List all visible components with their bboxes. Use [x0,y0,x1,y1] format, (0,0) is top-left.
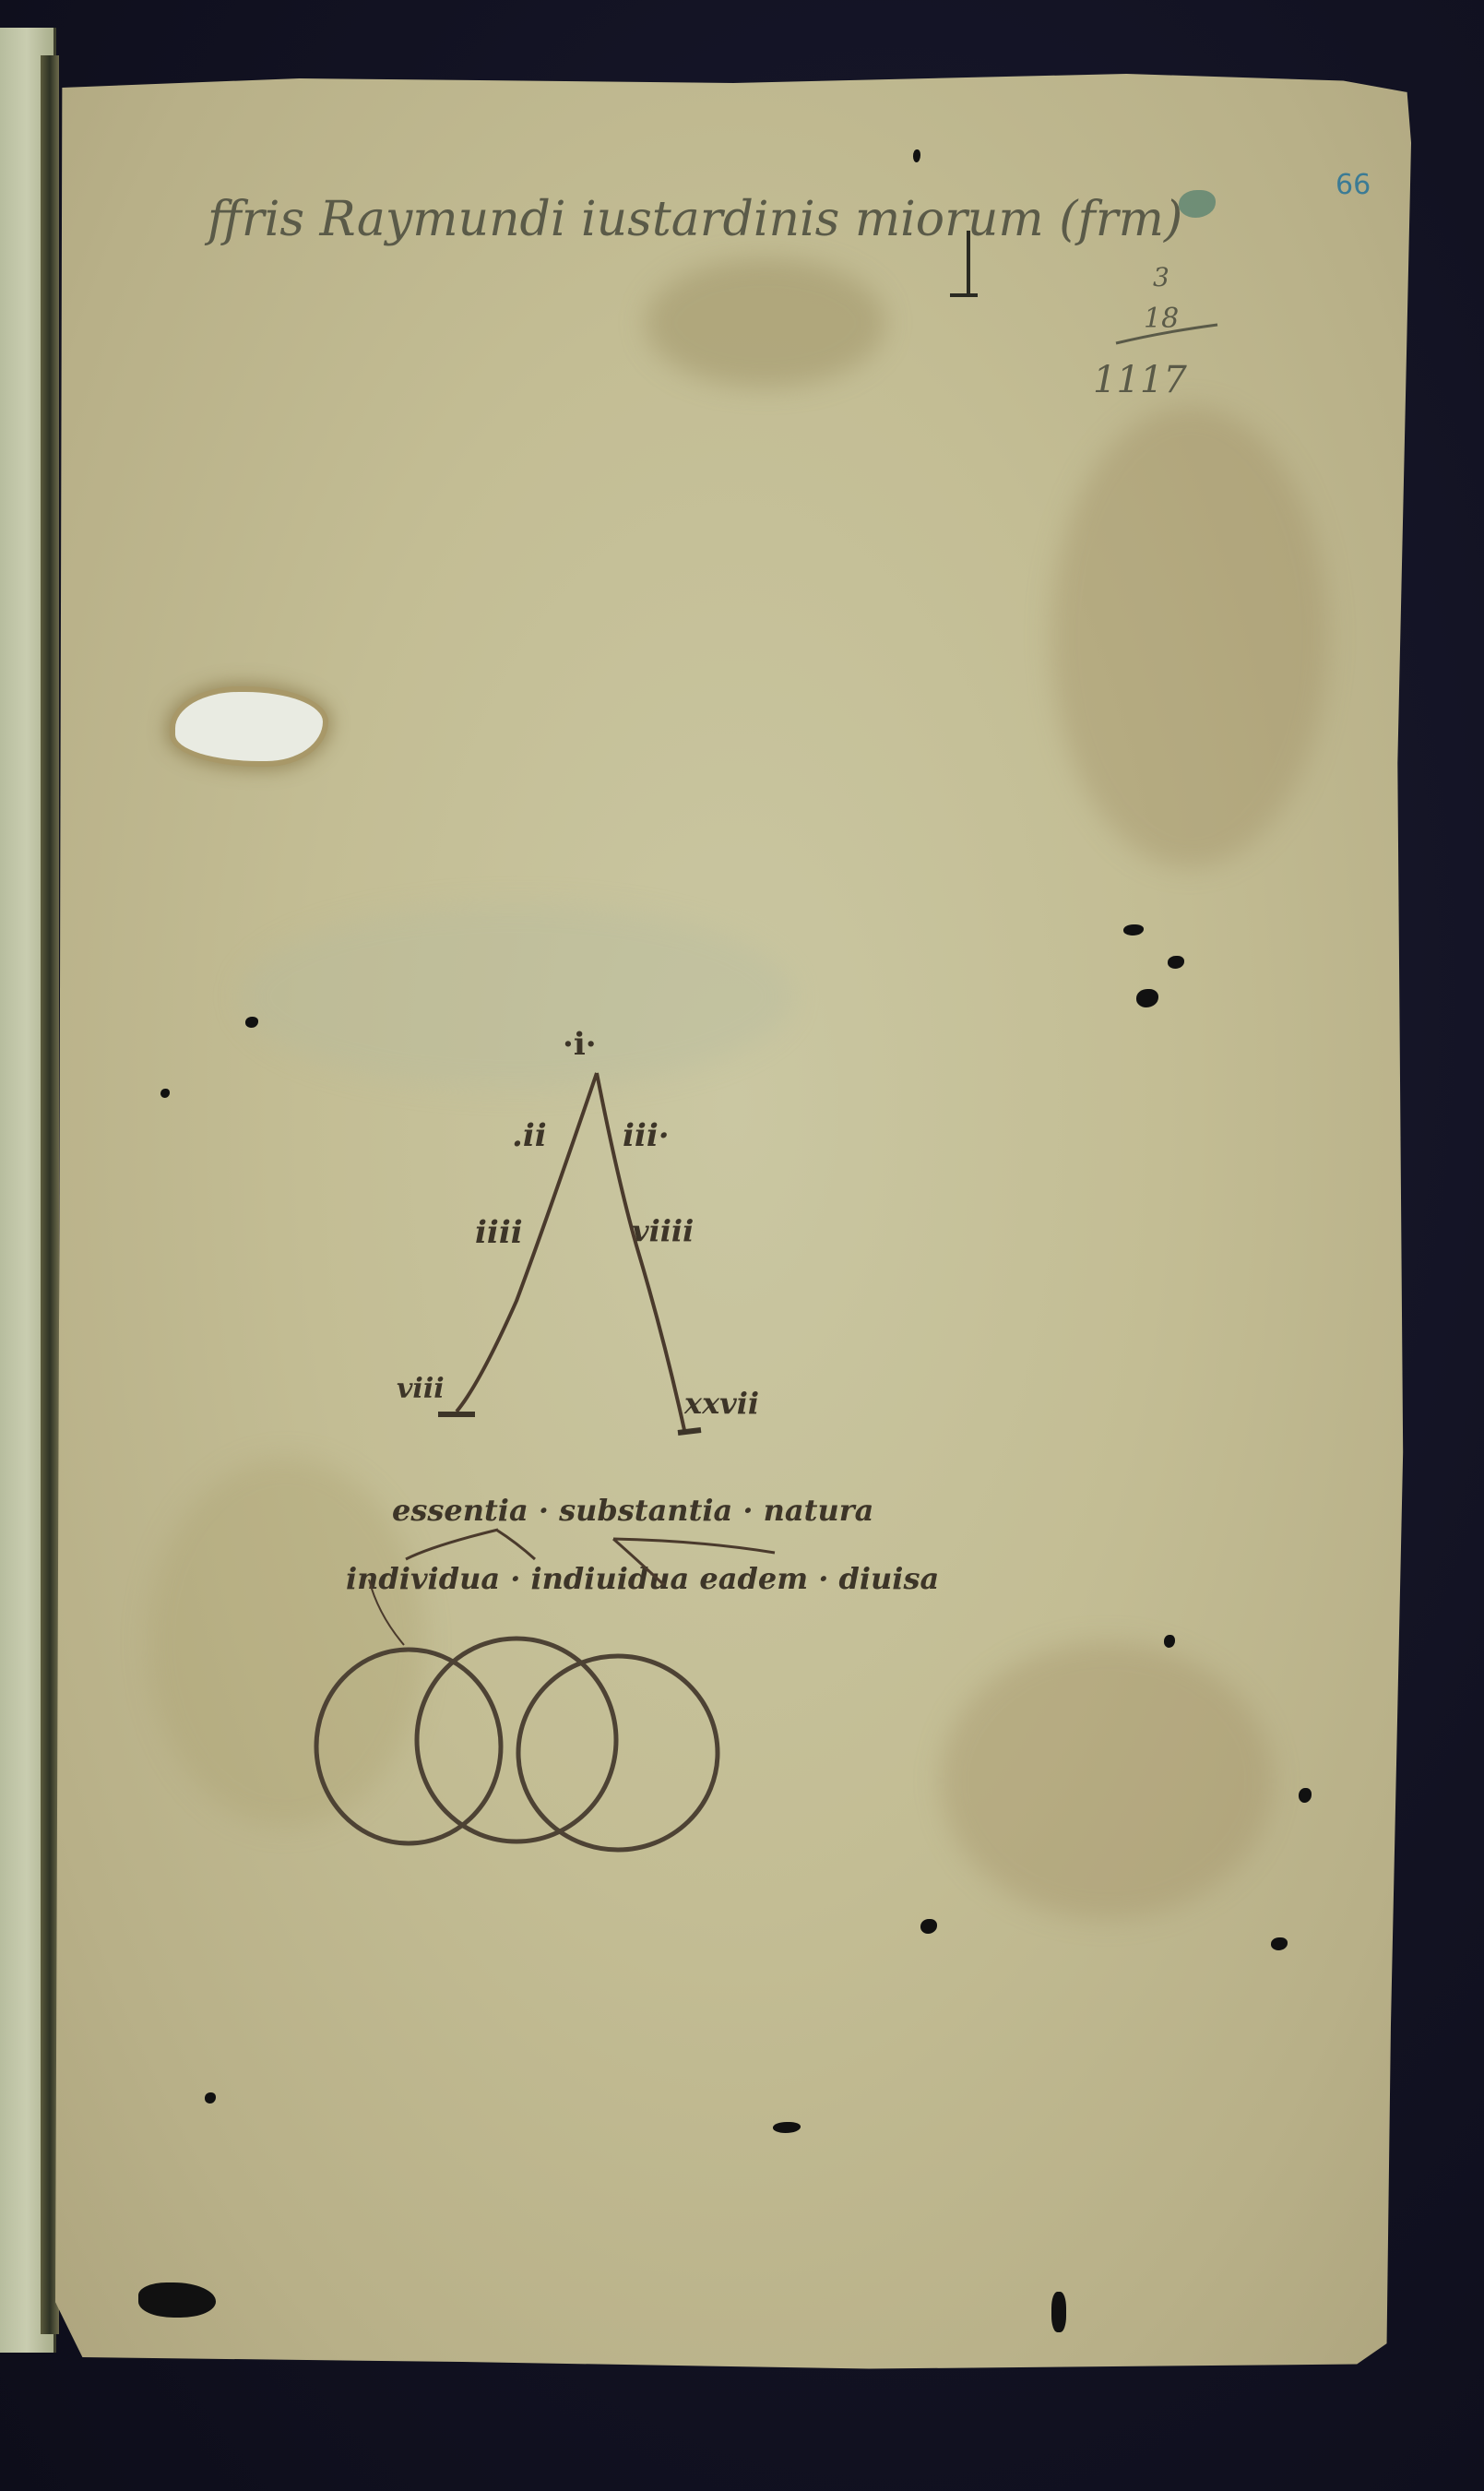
right-label-2: viiii [632,1213,694,1248]
shelfmark-line-1: 3 [1153,262,1169,292]
apex-label: ·i· [563,1026,597,1063]
gloss-connector-left [406,1530,535,1559]
triangle-right-foot [678,1430,701,1433]
left-label-2: iiii [475,1214,523,1251]
circle-left [316,1650,501,1843]
circle-middle [417,1639,616,1841]
left-label-1: .ii [512,1117,547,1154]
shelfmark-line-3: 1117 [1093,359,1187,401]
right-label-3: xxvii [683,1386,759,1421]
ink-drawings: ffris Raymundi iustardinis miorum (frm) … [0,0,1484,2491]
header-inscription: ffris Raymundi iustardinis miorum (frm) [204,192,1182,247]
circle-right [518,1656,718,1850]
left-label-3: viii [397,1373,445,1405]
right-label-1: iii· [623,1117,670,1154]
gloss-line-1: essentia · substantia · natura [392,1493,873,1528]
folio-number: 66 [1336,169,1371,201]
